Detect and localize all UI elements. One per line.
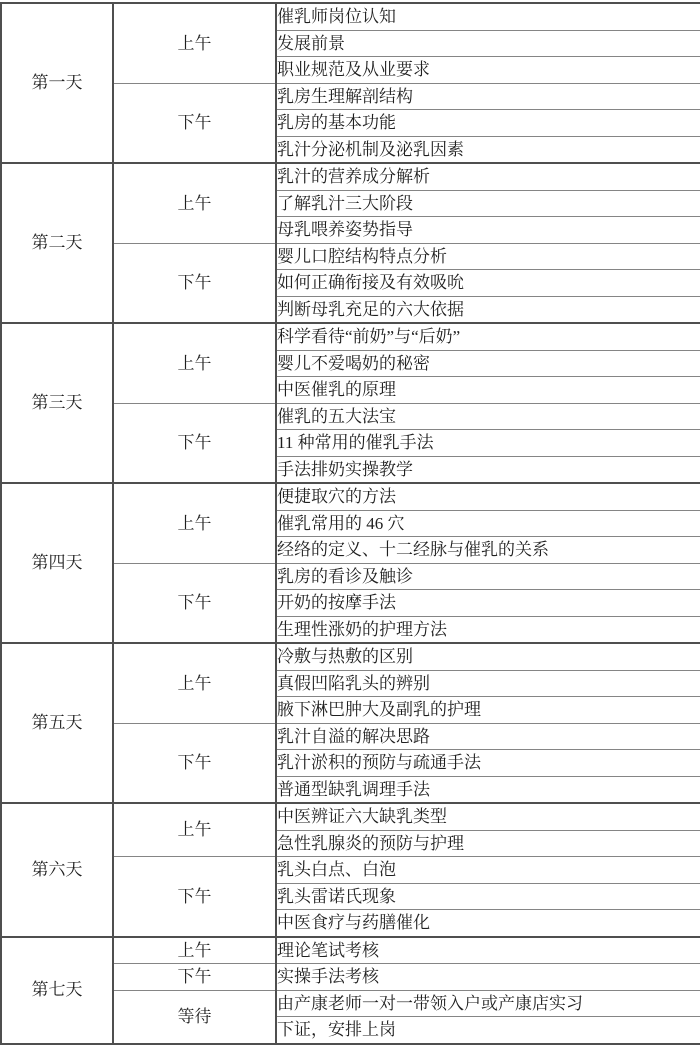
- day-label: 第六天: [1, 803, 113, 937]
- day-label: 第二天: [1, 163, 113, 323]
- topic-cell: 实操手法考核: [276, 964, 700, 991]
- topic-cell: 乳汁分泌机制及泌乳因素: [276, 136, 700, 163]
- course-schedule-page: 第一天 上午 催乳师岗位认知 发展前景 职业规范及从业要求 下午 乳房生理解剖结…: [0, 0, 700, 1060]
- topic-cell: 冷敷与热敷的区别: [276, 643, 700, 670]
- topic-cell: 乳房的基本功能: [276, 110, 700, 137]
- table-row: 第七天 上午 理论笔试考核: [1, 937, 700, 964]
- day-label: 第四天: [1, 483, 113, 643]
- session-label: 下午: [113, 723, 276, 803]
- table-row: 第一天 上午 催乳师岗位认知: [1, 3, 700, 30]
- session-label: 上午: [113, 163, 276, 243]
- session-label: 下午: [113, 563, 276, 643]
- topic-cell: 科学看待“前奶”与“后奶”: [276, 323, 700, 350]
- topic-cell: 乳头雷诺氏现象: [276, 883, 700, 910]
- topic-cell: 乳房生理解剖结构: [276, 83, 700, 110]
- table-row: 第五天 上午 冷敷与热敷的区别: [1, 643, 700, 670]
- topic-cell: 母乳喂养姿势指导: [276, 217, 700, 244]
- topic-cell: 婴儿不爱喝奶的秘密: [276, 350, 700, 377]
- topic-cell: 催乳师岗位认知: [276, 3, 700, 30]
- session-label: 上午: [113, 323, 276, 403]
- topic-cell: 急性乳腺炎的预防与护理: [276, 830, 700, 857]
- topic-cell: 理论笔试考核: [276, 937, 700, 964]
- topic-cell: 催乳常用的 46 穴: [276, 510, 700, 537]
- topic-cell: 发展前景: [276, 30, 700, 57]
- day-label: 第一天: [1, 3, 113, 163]
- topic-cell: 经络的定义、十二经脉与催乳的关系: [276, 537, 700, 564]
- topic-cell: 乳汁的营养成分解析: [276, 163, 700, 190]
- topic-cell: 由产康老师一对一带领入户或产康店实习: [276, 990, 700, 1017]
- topic-cell: 婴儿口腔结构特点分析: [276, 243, 700, 270]
- topic-cell: 真假凹陷乳头的辨别: [276, 670, 700, 697]
- topic-cell: 11 种常用的催乳手法: [276, 430, 700, 457]
- session-label: 下午: [113, 243, 276, 323]
- topic-cell: 便捷取穴的方法: [276, 483, 700, 510]
- topic-cell: 手法排奶实操教学: [276, 456, 700, 483]
- session-label: 上午: [113, 937, 276, 964]
- topic-cell: 乳房的看诊及触诊: [276, 563, 700, 590]
- session-label: 上午: [113, 483, 276, 563]
- table-row: 第二天 上午 乳汁的营养成分解析: [1, 163, 700, 190]
- topic-cell: 普通型缺乳调理手法: [276, 776, 700, 803]
- table-row: 第四天 上午 便捷取穴的方法: [1, 483, 700, 510]
- topic-cell: 中医辨证六大缺乳类型: [276, 803, 700, 830]
- session-label: 上午: [113, 643, 276, 723]
- topic-cell: 中医催乳的原理: [276, 377, 700, 404]
- topic-cell: 开奶的按摩手法: [276, 590, 700, 617]
- session-label: 上午: [113, 803, 276, 857]
- table-row: 第六天 上午 中医辨证六大缺乳类型: [1, 803, 700, 830]
- topic-cell: 下证，安排上岗: [276, 1017, 700, 1044]
- topic-cell: 职业规范及从业要求: [276, 57, 700, 84]
- topic-cell: 腋下淋巴肿大及副乳的护理: [276, 697, 700, 724]
- table-row: 第三天 上午 科学看待“前奶”与“后奶”: [1, 323, 700, 350]
- day-label: 第五天: [1, 643, 113, 803]
- session-label: 下午: [113, 83, 276, 163]
- session-label: 上午: [113, 3, 276, 83]
- session-label: 等待: [113, 990, 276, 1044]
- topic-cell: 如何正确衔接及有效吸吮: [276, 270, 700, 297]
- session-label: 下午: [113, 403, 276, 483]
- day-label: 第七天: [1, 937, 113, 1044]
- session-label: 下午: [113, 857, 276, 937]
- topic-cell: 催乳的五大法宝: [276, 403, 700, 430]
- course-schedule-table: 第一天 上午 催乳师岗位认知 发展前景 职业规范及从业要求 下午 乳房生理解剖结…: [0, 2, 700, 1045]
- topic-cell: 中医食疗与药膳催化: [276, 910, 700, 937]
- topic-cell: 了解乳汁三大阶段: [276, 190, 700, 217]
- day-label: 第三天: [1, 323, 113, 483]
- topic-cell: 乳汁自溢的解决思路: [276, 723, 700, 750]
- topic-cell: 生理性涨奶的护理方法: [276, 616, 700, 643]
- topic-cell: 判断母乳充足的六大依据: [276, 296, 700, 323]
- session-label: 下午: [113, 964, 276, 991]
- topic-cell: 乳汁淤积的预防与疏通手法: [276, 750, 700, 777]
- topic-cell: 乳头白点、白泡: [276, 857, 700, 884]
